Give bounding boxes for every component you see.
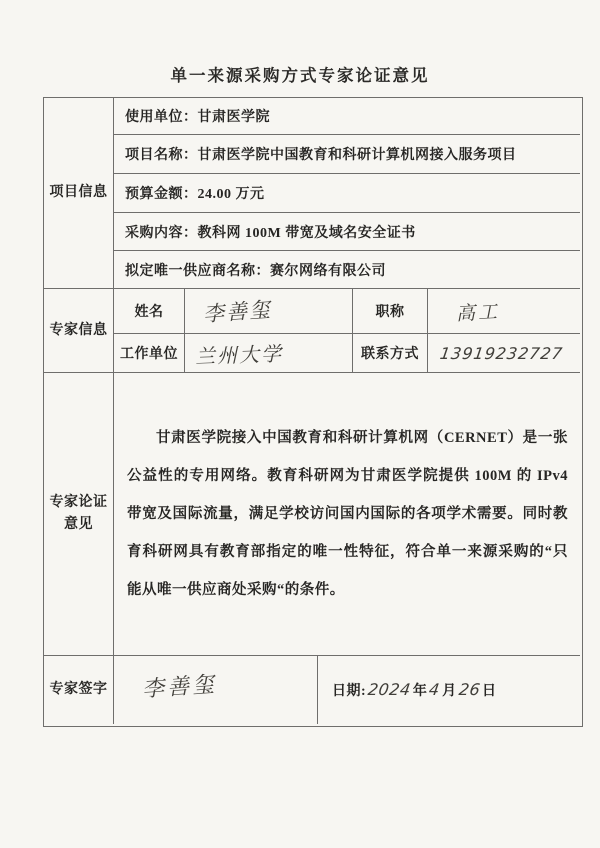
expert-opinion-text: 甘肃医学院接入中国教育和科研计算机网（CERNET）是一张公益性的专用网络。教育… — [114, 373, 580, 656]
expert-name-cell: 李善玺 — [185, 289, 353, 334]
signature-date-cell: 日期: 2024 年 4 月 26 日 — [318, 656, 580, 724]
expert-opinion-form-table: 项目信息 使用单位：甘肃医学院 项目名称：甘肃医学院中国教育和科研计算机网接入服… — [43, 97, 583, 727]
expert-signature-cell: 李善玺 — [114, 656, 318, 724]
row-budget: 预算金额：24.00 万元 — [114, 174, 580, 213]
section-header-expert-info: 专家信息 — [44, 289, 114, 373]
budget-label: 预算金额： — [125, 183, 198, 203]
budget-value: 24.00 万元 — [198, 183, 265, 203]
document-title: 单一来源采购方式专家论证意见 — [0, 62, 600, 86]
expert-contact-label: 联系方式 — [353, 334, 428, 373]
date-label: 日期: — [332, 680, 366, 700]
row-procurement-content: 采购内容：教科网 100M 带宽及域名安全证书 — [114, 213, 580, 251]
expert-name-label: 姓名 — [114, 289, 185, 334]
date-month-unit: 月 — [442, 680, 457, 700]
procurement-content-label: 采购内容： — [125, 222, 198, 242]
using-unit-value: 甘肃医学院 — [198, 106, 271, 126]
expert-contact-cell: 13919232727 — [428, 334, 580, 373]
date-month-handwritten: 4 — [428, 680, 441, 699]
row-project-name: 项目名称：甘肃医学院中国教育和科研计算机网接入服务项目 — [114, 135, 580, 174]
date-year-unit: 年 — [413, 680, 428, 700]
using-unit-label: 使用单位： — [125, 106, 198, 126]
expert-unit-cell: 兰州大学 — [185, 334, 353, 373]
expert-title-cell: 高工 — [428, 289, 580, 334]
section-header-project-info: 项目信息 — [44, 98, 114, 289]
expert-title-label: 职称 — [353, 289, 428, 334]
section-header-expert-signature: 专家签字 — [44, 656, 114, 724]
signature-date-line: 日期: 2024 年 4 月 26 日 — [332, 680, 496, 700]
expert-signature-handwritten: 李善玺 — [141, 667, 218, 703]
expert-title-handwritten: 高工 — [455, 296, 500, 325]
row-sole-supplier: 拟定唯一供应商名称：赛尔网络有限公司 — [114, 251, 580, 289]
procurement-content-value: 教科网 100M 带宽及域名安全证书 — [198, 222, 416, 242]
sole-supplier-value: 赛尔网络有限公司 — [270, 260, 386, 280]
expert-opinion-header-line1: 专家论证 — [50, 492, 108, 514]
date-year-handwritten: 2024 — [367, 680, 412, 699]
sole-supplier-label: 拟定唯一供应商名称： — [125, 260, 270, 280]
expert-opinion-header-line2: 意见 — [64, 514, 93, 536]
row-using-unit: 使用单位：甘肃医学院 — [114, 98, 580, 135]
date-day-handwritten: 26 — [457, 680, 481, 699]
project-name-value: 甘肃医学院中国教育和科研计算机网接入服务项目 — [198, 144, 517, 164]
expert-unit-label: 工作单位 — [114, 334, 185, 373]
expert-unit-handwritten: 兰州大学 — [195, 337, 284, 369]
date-day-unit: 日 — [482, 680, 497, 700]
expert-contact-handwritten: 13919232727 — [439, 344, 565, 363]
section-header-expert-opinion: 专家论证 意见 — [44, 373, 114, 656]
expert-name-handwritten: 李善玺 — [202, 294, 273, 329]
project-name-label: 项目名称： — [125, 144, 198, 164]
